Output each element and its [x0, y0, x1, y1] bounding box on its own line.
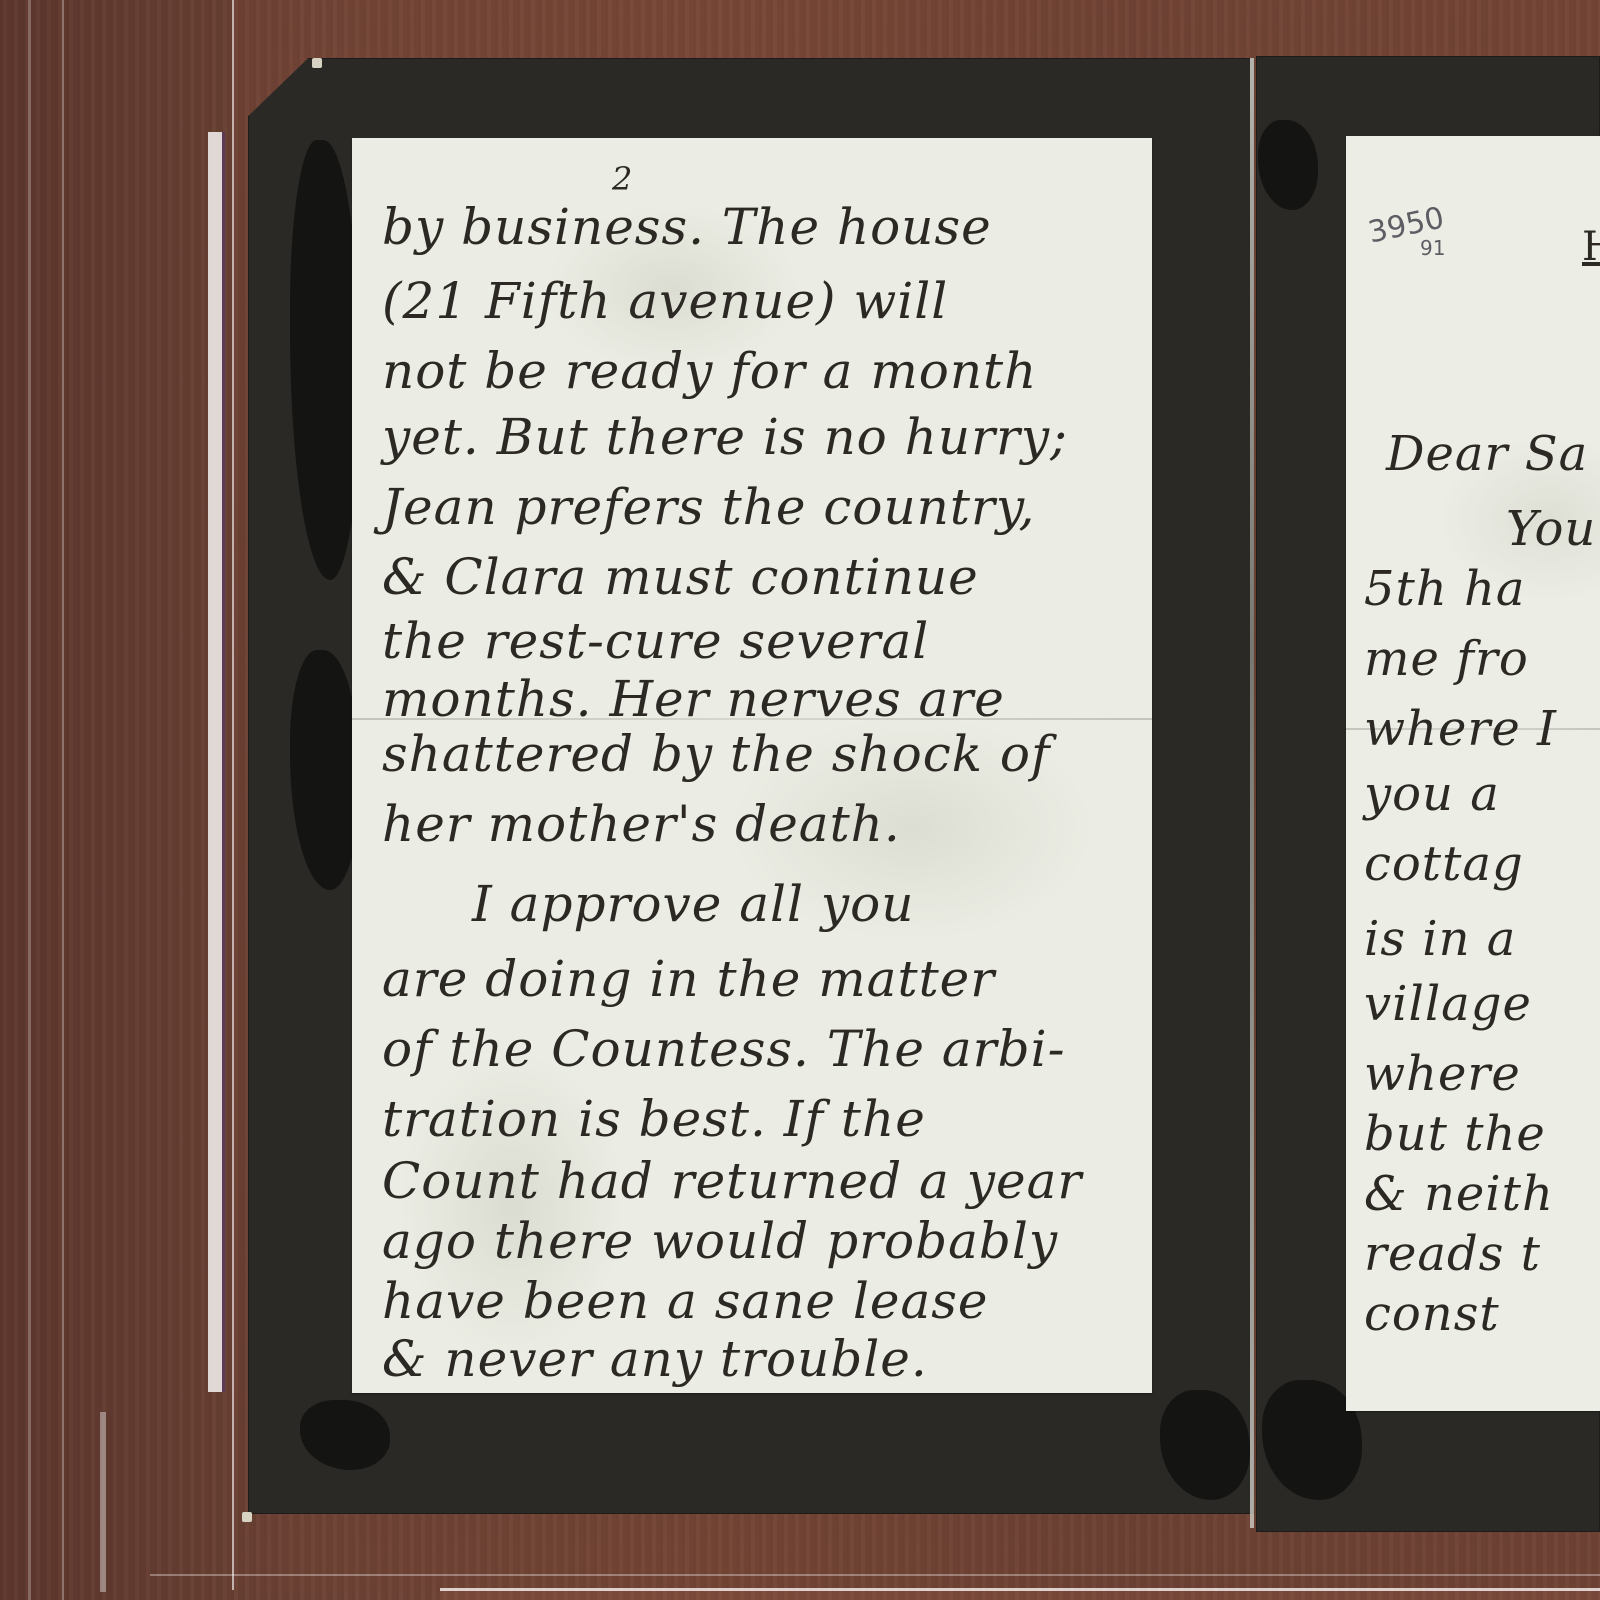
- letter-line: const: [1364, 1286, 1500, 1342]
- page-number: 2: [612, 160, 633, 198]
- letter-line: of the Countess. The arbi-: [382, 1020, 1065, 1078]
- acrylic-stand-foot: [440, 1588, 1600, 1600]
- letter-page-left: 2 by business. The house (21 Fifth avenu…: [352, 138, 1152, 1393]
- pencil-annotation-sub: 91: [1420, 236, 1445, 260]
- letter-line: her mother's death.: [382, 795, 901, 853]
- mount-corner: [312, 58, 322, 68]
- letter-line: reads t: [1364, 1226, 1541, 1282]
- letter-line: yet. But there is no hurry;: [382, 408, 1068, 466]
- letter-line: cottag: [1364, 836, 1524, 892]
- letter-line: you a: [1364, 766, 1500, 822]
- letter-line: Dear Sa: [1386, 426, 1588, 482]
- acrylic-edge-outer: [28, 0, 31, 1600]
- letter-line: by business. The house: [382, 198, 992, 256]
- letter-line: where I: [1364, 701, 1557, 757]
- letter-line: village: [1364, 976, 1532, 1032]
- letter-line: Jean prefers the country,: [382, 478, 1035, 536]
- acrylic-stand-edge: [208, 132, 225, 1392]
- letter-line: shattered by the shock of: [382, 725, 1051, 783]
- letter-line: is in a: [1364, 911, 1516, 967]
- letter-line: where: [1364, 1046, 1521, 1102]
- letter-line: the rest-cure several: [382, 612, 929, 670]
- letter-header-mark: H: [1582, 224, 1600, 270]
- letter-line: 5th ha: [1364, 561, 1526, 617]
- letter-line: You: [1506, 501, 1596, 557]
- letter-page-right: 3950 91 H Dear Sa You 5th ha me fro wher…: [1346, 136, 1600, 1411]
- letter-line: & never any trouble.: [382, 1330, 928, 1388]
- letter-line: months. Her nerves are: [382, 670, 1005, 728]
- acrylic-bottom-edge: [150, 1574, 1600, 1576]
- letter-line: Count had returned a year: [382, 1152, 1082, 1210]
- mat-seam: [1250, 58, 1254, 1528]
- letter-line: I approve all you: [472, 875, 914, 933]
- letter-line: & neith: [1364, 1166, 1554, 1222]
- letter-line: (21 Fifth avenue) will: [382, 272, 948, 330]
- letter-line: but the: [1364, 1106, 1546, 1162]
- letter-line: tration is best. If the: [382, 1090, 926, 1148]
- acrylic-edge-inner: [62, 0, 64, 1600]
- letter-line: ago there would probably: [382, 1212, 1058, 1270]
- letter-line: are doing in the matter: [382, 950, 995, 1008]
- acrylic-stand-lower: [100, 1412, 106, 1592]
- letter-line: not be ready for a month: [382, 342, 1037, 400]
- letter-line: & Clara must continue: [382, 548, 979, 606]
- letter-line: me fro: [1364, 631, 1529, 687]
- letter-line: have been a sane lease: [382, 1272, 989, 1330]
- mount-corner: [242, 1512, 252, 1522]
